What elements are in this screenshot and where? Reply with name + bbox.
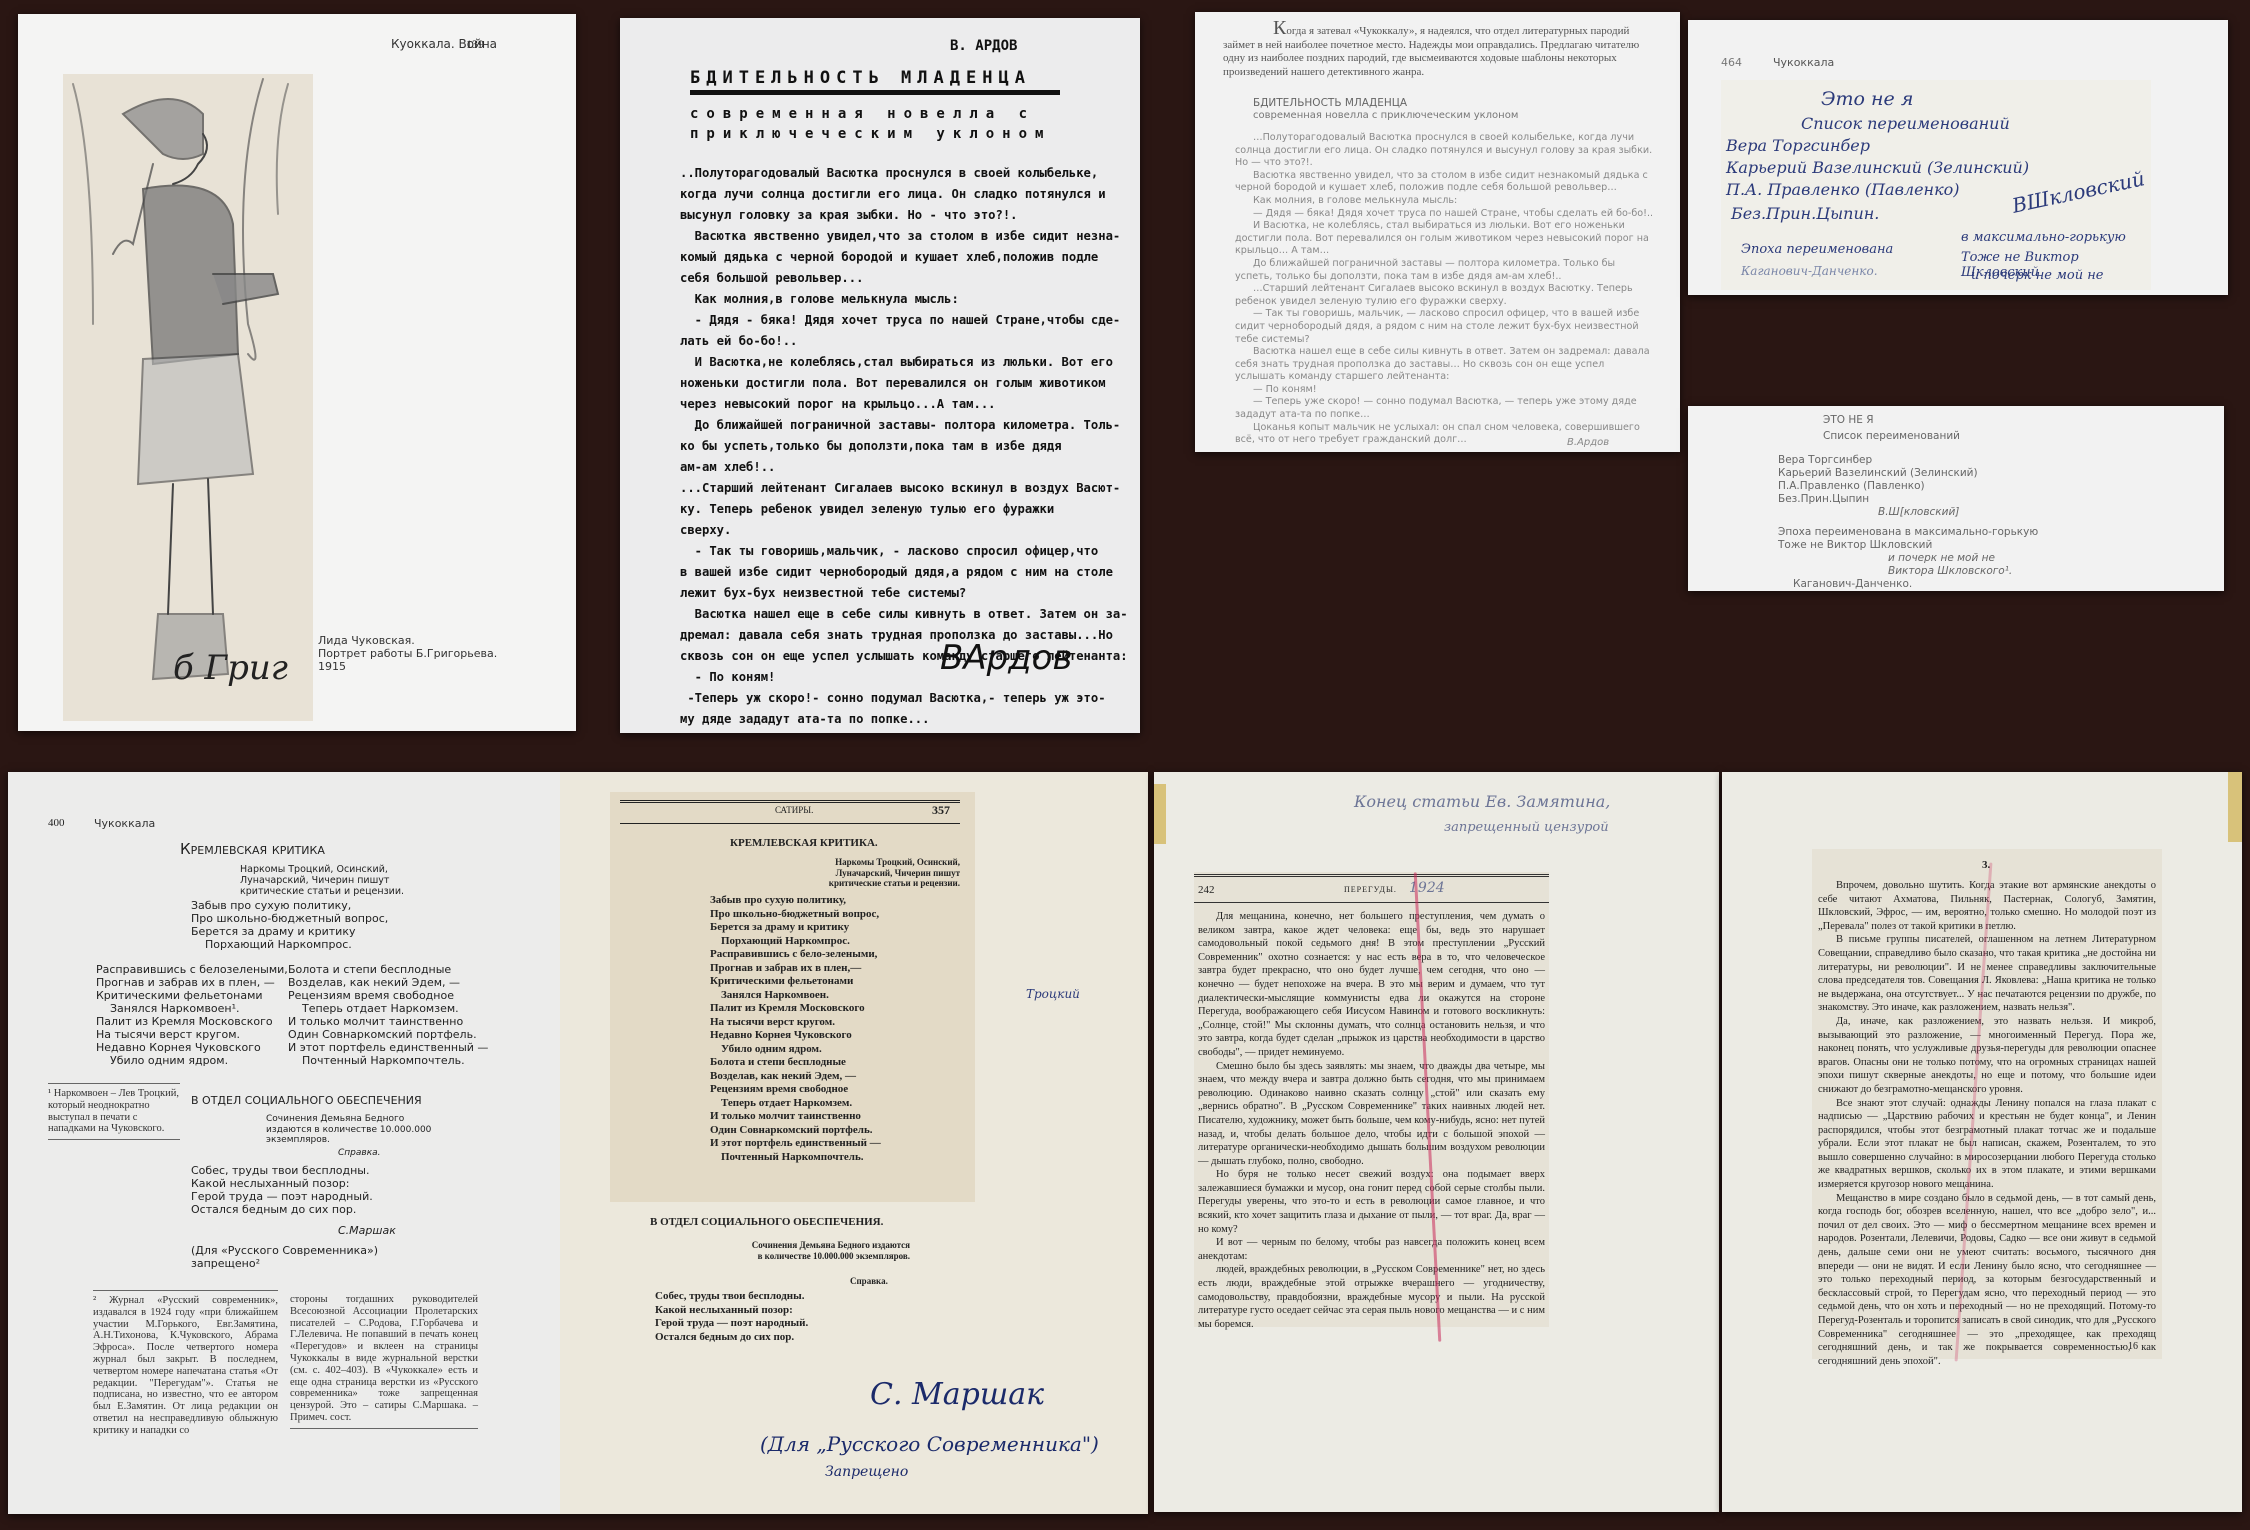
note-line: Каганович-Данченко. — [1741, 264, 1878, 278]
text-line: себя большой револьвер... — [680, 268, 1120, 289]
paragraph: — Так ты говоришь, мальчик, — ласково сп… — [1235, 308, 1655, 346]
footnote-1: ¹ Наркомвоен – Лев Троцкий, который неод… — [48, 1083, 180, 1140]
portrait-page: Куоккала. Война 139 б Григ Лида Чуковска… — [18, 14, 576, 731]
paragraph: И Васютка, не колеблясь, стал выбираться… — [1235, 220, 1655, 258]
text-line: Васютка явственно увидел,что за столом в… — [680, 226, 1120, 247]
text-line: лать ей бо-бо!.. — [680, 331, 1120, 352]
running-head: Чукоккала — [94, 817, 155, 830]
text-line: И только молчит таинственно — [710, 1110, 881, 1124]
text-line: Расправившись с бело-зелеными, — [710, 948, 881, 962]
kremlin-critique-spread: 400 Чукоккала Кремлевская критика Нарком… — [8, 772, 1148, 1514]
paragraph: Смешно было бы здесь заявлять: мы знаем,… — [1198, 1060, 1545, 1169]
page-number: 139 — [466, 37, 484, 52]
handwritten-note: запрещенный цензурой — [1444, 820, 1609, 835]
text-line: Герой труда — поэт народный. — [655, 1317, 808, 1331]
stanza-2: Собес, труды твои бесплодны.Какой неслых… — [191, 1164, 373, 1216]
transcription-line: и почерк не мой не — [1888, 552, 1995, 564]
note-line: П.А. Правленко (Павленко) — [1726, 180, 1960, 199]
paragraph: До ближайшей пограничной заставы — полто… — [1235, 258, 1655, 283]
text-line: Убило одним ядром. — [710, 1043, 881, 1057]
clipping-head: САТИРЫ. — [775, 805, 813, 815]
clipping-stanza-2: Собес, труды твои бесплодны.Какой неслых… — [655, 1290, 808, 1344]
text-line: Порхающий Наркомпрос. — [191, 938, 388, 951]
transcription-closing: Каганович-Данченко. — [1793, 578, 1912, 590]
text-line: издаются в количестве 10.000.000 — [266, 1125, 431, 1136]
text-line: До ближайшей пограничной заставы- полтор… — [680, 415, 1120, 436]
stanza-1: Забыв про сухую политику,Про школьно-бюд… — [191, 899, 388, 951]
name-line: Карьерий Вазелинский (Зелинский) — [1778, 467, 1978, 479]
page-number: 242 — [1198, 884, 1215, 896]
text-line: И этот портфель единственный — — [288, 1041, 488, 1054]
text-line: Возделав, как некий Эдем, — — [288, 976, 488, 989]
text-line: Прогнав и забрав их в плен,— — [710, 962, 881, 976]
text-line: Порхающий Наркомпрос. — [710, 935, 881, 949]
transcription-title: ЭТО НЕ Я — [1823, 414, 1874, 426]
paragraph: Васютка явственно увидел, что за столом … — [1235, 170, 1655, 195]
text-line: комый дядька с черной бородой и кушает х… — [680, 247, 1120, 268]
text-line: Почтенный Наркомпочтель. — [288, 1054, 488, 1067]
text-line: ам-ам хлеб!.. — [680, 457, 1120, 478]
text-line: Недавно Корнея Чуковского — [710, 1029, 881, 1043]
text-line: Берется за драму и критику — [191, 925, 388, 938]
text-line: - Так ты говоришь,мальчик, - ласково спр… — [680, 541, 1120, 562]
text-line: Рецензиям время свободное — [288, 989, 488, 1002]
text-line: -Теперь уж скоро!- сонно подумал Васютка… — [680, 688, 1120, 709]
transcription-line: Виктора Шкловского¹. — [1888, 565, 2012, 577]
note-signature: ВШкловский — [2010, 166, 2147, 218]
transcription-line: Эпоха переименована в максимально-горьку… — [1778, 526, 2038, 538]
text-line: критические статьи и рецензии. — [240, 886, 360, 897]
parody-subtitle: современная новелла с приключеческим укл… — [1253, 110, 1518, 121]
book-page-400: 400 Чукоккала Кремлевская критика Нарком… — [8, 772, 560, 1514]
note-line: Это не я — [1821, 88, 1913, 110]
caption-line: 1915 — [318, 660, 497, 673]
text-line: Про школьно-бюджетный вопрос, — [710, 908, 881, 922]
marshak-signature: С. Маршак — [870, 1377, 1044, 1412]
section-epigraph: Сочинения Демьяна Бедногоиздаются в коли… — [266, 1114, 431, 1146]
text-line: ко бы успеть,только бы доползти,пока там… — [680, 436, 1120, 457]
page-number: 400 — [48, 817, 65, 829]
paragraph: …Полуторагодовалый Васютка проснулся в с… — [1235, 132, 1655, 170]
footnote-2: ² Журнал «Русский современник», издавалс… — [93, 1290, 278, 1437]
clipping-epigraph: Наркомы Троцкий, Осинский, Луначарский, … — [800, 857, 960, 889]
text-line: Теперь отдает Наркомзем. — [288, 1002, 488, 1015]
strikethrough-bar — [690, 90, 1060, 95]
portrait-sketch: б Григ — [63, 74, 313, 721]
transcription-subtitle: Список переименований — [1823, 430, 1960, 442]
text-line: Про школьно-бюджетный вопрос, — [191, 912, 388, 925]
paragraph: — Теперь уже скоро! — сонно подумал Васю… — [1235, 396, 1655, 421]
note-line: Без.Прин.Цыпин. — [1731, 204, 1879, 223]
text-line: На тысячи верст кругом. — [710, 1016, 881, 1030]
text-line: Критическими фельетонами — [710, 975, 881, 989]
poem-title: Кремлевская критика — [180, 840, 325, 858]
note-line: Вера Торгсинбер — [1726, 136, 1870, 155]
text-line: Остался бедным до сих пор. — [191, 1203, 373, 1216]
note-line: Карьерий Вазелинский (Зелинский) — [1726, 158, 2029, 177]
paragraph: Все знают этот случай: однажды Ленину по… — [1818, 1097, 2156, 1192]
text-line: му дяде зададут ата-та по попке... — [680, 709, 1120, 730]
text-line: Собес, труды твои бесплодны. — [191, 1164, 373, 1177]
text-line: И Васютка,не колеблясь,стал выбираться и… — [680, 352, 1120, 373]
text-line: Луначарский, Чичерин пишут — [240, 875, 360, 886]
text-line: Болота и степи бесплодные — [710, 1056, 881, 1070]
peregudy-page-242: Конец статьи Ев. Замятина, запрещенный ц… — [1154, 772, 1719, 1512]
stanza-left: Расправившись с белозелеными,Прогнав и з… — [96, 963, 288, 1067]
text-line: Болота и степи бесплодные — [288, 963, 488, 976]
text-line: Занялся Наркомвоен. — [710, 989, 881, 1003]
paragraph: …Старший лейтенант Сигалаев высоко вскин… — [1235, 283, 1655, 308]
handwritten-note: (Для „Русского Современника") — [760, 1432, 1099, 1456]
paragraph: — По коням! — [1235, 384, 1655, 397]
text-line: И этот портфель единственный — — [710, 1137, 881, 1151]
page-number: 16 — [2128, 1341, 2138, 1352]
clipping-page-number: 357 — [932, 803, 950, 818]
paragraph: Как молния, в голове мелькнула мысль: — [1235, 195, 1655, 208]
text-line: экземпляров. — [266, 1135, 431, 1146]
text-line: ...Старший лейтенант Сигалаев высоко вск… — [680, 478, 1120, 499]
text-line: запрещено² — [191, 1257, 378, 1270]
text-line: Забыв про сухую политику, — [710, 894, 881, 908]
text-line: Герой труда — поэт народный. — [191, 1190, 373, 1203]
portrait-caption: Лида Чуковская. Портрет работы Б.Григорь… — [318, 634, 497, 673]
text-line: Как молния,в голове мелькнула мысль: — [680, 289, 1120, 310]
running-head: ПЕРЕГУДЫ. — [1344, 885, 1397, 894]
parody-body: …Полуторагодовалый Васютка проснулся в с… — [1235, 132, 1655, 447]
text-line: Расправившись с белозелеными, — [96, 963, 288, 976]
clipping-poem: Забыв про сухую политику,Про школьно-бюд… — [710, 894, 881, 1164]
handwritten-note-page: 464 Чукоккала Это не я Список переименов… — [1688, 20, 2228, 295]
page-number: 464 — [1721, 56, 1742, 69]
text-line: Какой неслыханный позор: — [191, 1177, 373, 1190]
text-line: Палит из Кремля Московского — [96, 1015, 288, 1028]
note-line: в максимально-горькую — [1961, 230, 2126, 245]
clipping-section-epigraph: Сочинения Демьяна Бедного издаются в кол… — [750, 1240, 910, 1261]
text-line: Собес, труды твои бесплодны. — [655, 1290, 808, 1304]
article-text: Для мещанина, конечно, нет большего прес… — [1198, 910, 1545, 1331]
paragraph: Но буря не только несет свежий воздух: о… — [1198, 1168, 1545, 1236]
text-line: Занялся Наркомвоен¹. — [96, 1002, 288, 1015]
poem-epigraph: Наркомы Троцкий, Осинский,Луначарский, Ч… — [240, 864, 360, 897]
text-line: На тысячи верст кругом. — [96, 1028, 288, 1041]
text-line: Почтенный Наркомпочтель. — [710, 1151, 881, 1165]
caption-line: Лида Чуковская. — [318, 634, 497, 647]
name-line: Вера Торгсинбер — [1778, 454, 1872, 466]
handwritten-note-banned: Запрещено — [825, 1464, 908, 1480]
text-line: (Для «Русского Современника») — [191, 1244, 378, 1257]
paragraph: Мещанство в мире создано было в седьмой … — [1818, 1192, 2156, 1369]
text-line: Один Совнаркомский портфель. — [710, 1124, 881, 1138]
text-line: лежит бух-бух неизвестной тебе системы? — [680, 583, 1120, 604]
paragraph: Для мещанина, конечно, нет большего прес… — [1198, 910, 1545, 1060]
note-line: Список переименований — [1801, 114, 2010, 133]
text-line: в вашей избе сидит чернобородый дядя,а р… — [680, 562, 1120, 583]
clipping-page: САТИРЫ. 357 КРЕМЛЕВСКАЯ КРИТИКА. Наркомы… — [560, 772, 1148, 1514]
girl-sketch-illustration: б Григ — [63, 74, 313, 721]
text-line: Цоканья копыт мальчик не услыхал: он спа… — [680, 730, 1120, 733]
paragraph: В письме группы писателей, оглашенном на… — [1818, 933, 2156, 1015]
text-line: ку. Теперь ребенок увидел зеленую тулью … — [680, 499, 1120, 520]
paragraph: людей, враждебных революции, в „Русском … — [1198, 1263, 1545, 1331]
text-line: ноженьки достигли пола. Вот перевалился … — [680, 373, 1120, 394]
text-line: И только молчит таинственно — [288, 1015, 488, 1028]
parody-signature: В.Ардов — [1567, 437, 1609, 448]
paragraph: Васютка нашел еще в себе силы кивнуть в … — [1235, 346, 1655, 384]
text-line: Берется за драму и критику — [710, 921, 881, 935]
name-line: П.А.Правленко (Павленко) — [1778, 480, 1925, 492]
text-line: - Дядя - бяка! Дядя хочет труса по нашей… — [680, 310, 1120, 331]
footnote-2-continued: стороны тогдашних руководителей Всесоюзн… — [290, 1294, 478, 1429]
handwritten-note-card: Это не я Список переименований Вера Торг… — [1721, 80, 2151, 290]
name-line: Без.Прин.Цыпин — [1778, 493, 1869, 505]
running-head: Чукоккала — [1773, 56, 1834, 69]
typescript-author: В. АРДОВ — [950, 38, 1017, 54]
handwritten-note: Конец статьи Ев. Замятина, — [1354, 792, 1610, 811]
text-line: Критическими фельетонами — [96, 989, 288, 1002]
typescript-subtitle: современная новелла с приключеческим укл… — [690, 104, 1090, 144]
text-line: Какой неслыханный позор: — [655, 1304, 808, 1318]
newspaper-clipping: САТИРЫ. 357 КРЕМЛЕВСКАЯ КРИТИКА. Наркомы… — [610, 792, 975, 1202]
text-line: Палит из Кремля Московского — [710, 1002, 881, 1016]
text-line: Рецензиям время свободное — [710, 1083, 881, 1097]
text-line: Остался бедным до сих пор. — [655, 1331, 808, 1345]
text-line: Теперь отдает Наркомзем. — [710, 1097, 881, 1111]
typescript-page: В. АРДОВ БДИТЕЛЬНОСТЬ МЛАДЕНЦА современн… — [620, 18, 1140, 733]
caption-line: Портрет работы Б.Григорьева. — [318, 647, 497, 660]
article-text: Впрочем, довольно шутить. Когда этакие в… — [1818, 879, 2156, 1368]
clipping-reference: Справка. — [850, 1276, 888, 1286]
note-line: и почерк не мой не — [1971, 268, 2103, 283]
journal-clipping: 242 ПЕРЕГУДЫ. 1924 Для мещанина, конечно… — [1194, 872, 1549, 1327]
text-line: Один Совнаркомский портфель. — [288, 1028, 488, 1041]
margin-note: Троцкий — [1026, 987, 1080, 1001]
text-line: Убило одним ядром. — [96, 1054, 288, 1067]
typescript-title: БДИТЕЛЬНОСТЬ МЛАДЕНЦА — [690, 68, 1031, 88]
text-line: ..Полуторагодовалый Васютка проснулся в … — [680, 163, 1120, 184]
printed-parody-page: Когда я затевал «Чукоккалу», я надеялся,… — [1195, 12, 1680, 452]
text-line: сверху. — [680, 520, 1120, 541]
poem-author: С.Маршак — [338, 1224, 396, 1237]
paragraph: Да, иначе, как разложением, это назвать … — [1818, 1015, 2156, 1097]
clipping-section-title: В ОТДЕЛ СОЦИАЛЬНОГО ОБЕСПЕЧЕНИЯ. — [650, 1216, 883, 1228]
publication-note: (Для «Русского Современника»)запрещено² — [191, 1244, 378, 1270]
paragraph: И вот — черным по белому, чтобы раз навс… — [1198, 1236, 1545, 1263]
parody-title: БДИТЕЛЬНОСТЬ МЛАДЕНЦА — [1253, 97, 1407, 109]
text-line: Сочинения Демьяна Бедного — [266, 1114, 431, 1125]
text-line: Недавно Корнея Чуковского — [96, 1041, 288, 1054]
paragraph: — Дядя — бяка! Дядя хочет труса по нашей… — [1235, 208, 1655, 221]
section-reference: Справка. — [338, 1147, 381, 1160]
stanza-right: Болота и степи бесплодныеВозделав, как н… — [288, 963, 488, 1067]
transcription-line: Тоже не Виктор Шкловский — [1778, 539, 1932, 551]
text-line: Прогнав и забрав их в плен, — — [96, 976, 288, 989]
text-line: Наркомы Троцкий, Осинский, — [240, 864, 360, 875]
ardov-signature: ВАрдов — [940, 638, 1073, 678]
text-line: Забыв про сухую политику, — [191, 899, 388, 912]
text-line: Возделав, как некий Эдем, — — [710, 1070, 881, 1084]
text-line: Васютка нашел еще в себе силы кивнуть в … — [680, 604, 1120, 625]
svg-text:б Григ: б Григ — [173, 648, 288, 688]
text-line: высунул головку за края зыбки. Но - что … — [680, 205, 1120, 226]
text-line: когда лучи солнца достигли его лица. Он … — [680, 184, 1120, 205]
section-title: В ОТДЕЛ СОЦИАЛЬНОГО ОБЕСПЕЧЕНИЯ — [191, 1094, 422, 1107]
note-line: Эпоха переименована — [1741, 242, 1893, 257]
intro-paragraph: Когда я затевал «Чукоккалу», я надеялся,… — [1223, 22, 1653, 79]
peregudy-page-16: 3. Впрочем, довольно шутить. Когда этаки… — [1722, 772, 2242, 1512]
transcription-page: ЭТО НЕ Я Список переименований Вера Торг… — [1688, 406, 2224, 591]
clipping-title: КРЕМЛЕВСКАЯ КРИТИКА. — [730, 837, 878, 849]
text-line: через невысокий порог на крыльцо...А там… — [680, 394, 1120, 415]
transcription-signature: В.Ш[кловский] — [1878, 506, 1959, 518]
